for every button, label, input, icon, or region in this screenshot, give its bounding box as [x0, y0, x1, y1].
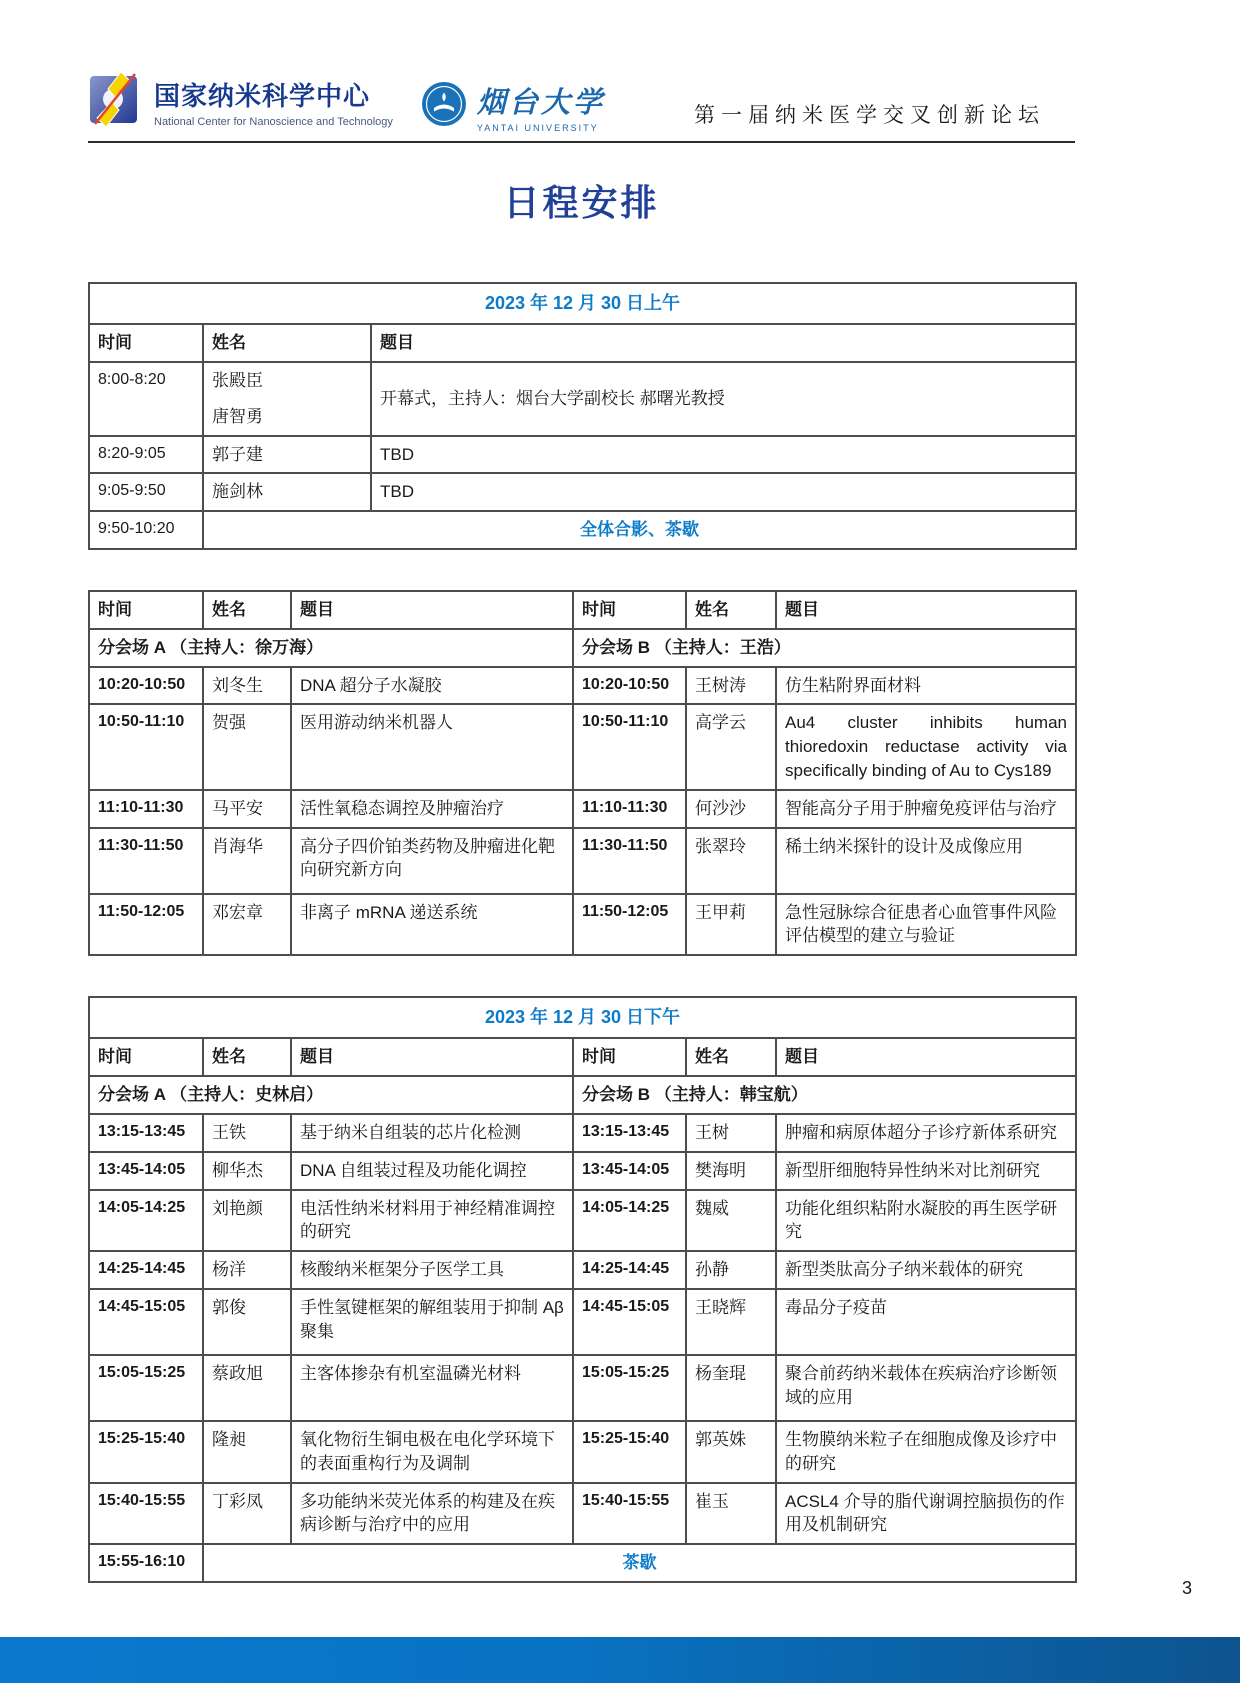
- time-a: 15:40-15:55: [89, 1483, 203, 1545]
- topic-b: 肿瘤和病原体超分子诊疗新体系研究: [776, 1114, 1076, 1152]
- topic-b: 聚合前药纳米载体在疾病治疗诊断领域的应用: [776, 1355, 1076, 1421]
- speaker-cell: 郭子建: [203, 436, 371, 474]
- col-name-a: 姓名: [203, 591, 291, 629]
- time-b: 13:45-14:05: [573, 1152, 686, 1190]
- yantai-logo-icon: [421, 81, 467, 132]
- topic-a: 高分子四价铂类药物及肿瘤进化靶向研究新方向: [291, 828, 573, 894]
- speaker-b: 魏威: [686, 1190, 776, 1252]
- session-row: 11:10-11:30 马平安 活性氧稳态调控及肿瘤治疗 11:10-11:30…: [89, 790, 1076, 828]
- speaker-b: 王树: [686, 1114, 776, 1152]
- time-a: 13:45-14:05: [89, 1152, 203, 1190]
- time-cell: 8:00-8:20: [89, 362, 203, 436]
- col-topic-b: 题目: [776, 1038, 1076, 1076]
- time-cell: 9:50-10:20: [89, 511, 203, 549]
- date-header: 2023 年 12 月 30 日上午: [89, 283, 1076, 324]
- table-row: 9:05-9:50 施剑林 TBD: [89, 473, 1076, 511]
- speaker-a: 马平安: [203, 790, 291, 828]
- page-title: 日程安排: [88, 175, 1075, 226]
- page-number: 3: [1182, 1578, 1192, 1599]
- topic-b: 功能化组织粘附水凝胶的再生医学研究: [776, 1190, 1076, 1252]
- speaker-cell: 施剑林: [203, 473, 371, 511]
- page-header: 国家纳米科学中心 National Center for Nanoscience…: [88, 0, 1075, 133]
- session-header-row: 分会场 A （主持人：徐万海） 分会场 B （主持人：王浩）: [89, 629, 1076, 667]
- time-a: 10:50-11:10: [89, 704, 203, 789]
- speaker-b: 王树涛: [686, 667, 776, 705]
- session-row: 14:05-14:25 刘艳颜 电活性纳米材料用于神经精准调控的研究 14:05…: [89, 1190, 1076, 1252]
- topic-a: 医用游动纳米机器人: [291, 704, 573, 789]
- time-a: 11:50-12:05: [89, 894, 203, 956]
- break-row: 15:55-16:10 茶歇: [89, 1544, 1076, 1582]
- topic-a: 核酸纳米框架分子医学工具: [291, 1251, 573, 1289]
- morning-sessions-table: 时间 姓名 题目 时间 姓名 题目 分会场 A （主持人：徐万海） 分会场 B …: [88, 590, 1077, 956]
- topic-cell: TBD: [371, 473, 1076, 511]
- footer-bar: [0, 1637, 1240, 1683]
- session-row: 13:15-13:45 王铁 基于纳米自组装的芯片化检测 13:15-13:45…: [89, 1114, 1076, 1152]
- topic-a: 手性氢键框架的解组装用于抑制 Aβ 聚集: [291, 1289, 573, 1355]
- ncnst-brand: 国家纳米科学中心 National Center for Nanoscience…: [88, 70, 393, 133]
- topic-b: 毒品分子疫苗: [776, 1289, 1076, 1355]
- time-a: 11:30-11:50: [89, 828, 203, 894]
- ncnst-logo-icon: [88, 70, 144, 133]
- session-header-row: 分会场 A （主持人：史林启） 分会场 B （主持人：韩宝航）: [89, 1076, 1076, 1114]
- break-row: 9:50-10:20 全体合影、茶歇: [89, 511, 1076, 549]
- speaker-b: 高学云: [686, 704, 776, 789]
- speaker-a: 杨洋: [203, 1251, 291, 1289]
- speaker-b: 樊海明: [686, 1152, 776, 1190]
- time-b: 11:50-12:05: [573, 894, 686, 956]
- time-a: 13:15-13:45: [89, 1114, 203, 1152]
- topic-a: 氧化物衍生铜电极在电化学环境下的表面重构行为及调制: [291, 1421, 573, 1483]
- topic-b: 智能高分子用于肿瘤免疫评估与治疗: [776, 790, 1076, 828]
- speaker-a: 隆昶: [203, 1421, 291, 1483]
- topic-cell: TBD: [371, 436, 1076, 474]
- speaker-cell: 张殿臣 唐智勇: [203, 362, 371, 436]
- session-row: 14:45-15:05 郭俊 手性氢键框架的解组装用于抑制 Aβ 聚集 14:4…: [89, 1289, 1076, 1355]
- speaker-b: 郭英姝: [686, 1421, 776, 1483]
- speaker-a: 贺强: [203, 704, 291, 789]
- speaker-a: 蔡政旭: [203, 1355, 291, 1421]
- speaker-name: 唐智勇: [212, 405, 362, 429]
- session-b-header: 分会场 B （主持人：王浩）: [573, 629, 1076, 667]
- speaker-a: 柳华杰: [203, 1152, 291, 1190]
- session-row: 11:30-11:50 肖海华 高分子四价铂类药物及肿瘤进化靶向研究新方向 11…: [89, 828, 1076, 894]
- header-divider: [88, 141, 1075, 143]
- col-topic: 题目: [371, 324, 1076, 362]
- speaker-b: 王甲莉: [686, 894, 776, 956]
- topic-b: 仿生粘附界面材料: [776, 667, 1076, 705]
- time-a: 11:10-11:30: [89, 790, 203, 828]
- topic-a: 非离子 mRNA 递送系统: [291, 894, 573, 956]
- speaker-b: 孙静: [686, 1251, 776, 1289]
- session-row: 15:40-15:55 丁彩凤 多功能纳米荧光体系的构建及在疾病诊断与治疗中的应…: [89, 1483, 1076, 1545]
- date-header: 2023 年 12 月 30 日下午: [89, 997, 1076, 1038]
- column-header-row: 时间 姓名 题目 时间 姓名 题目: [89, 591, 1076, 629]
- time-a: 14:25-14:45: [89, 1251, 203, 1289]
- speaker-b: 王晓辉: [686, 1289, 776, 1355]
- col-topic-a: 题目: [291, 1038, 573, 1076]
- col-time: 时间: [89, 324, 203, 362]
- session-b-header: 分会场 B （主持人：韩宝航）: [573, 1076, 1076, 1114]
- session-row: 15:05-15:25 蔡政旭 主客体掺杂有机室温磷光材料 15:05-15:2…: [89, 1355, 1076, 1421]
- session-a-header: 分会场 A （主持人：徐万海）: [89, 629, 573, 667]
- topic-b: 生物膜纳米粒子在细胞成像及诊疗中的研究: [776, 1421, 1076, 1483]
- session-row: 10:50-11:10 贺强 医用游动纳米机器人 10:50-11:10 高学云…: [89, 704, 1076, 789]
- break-label: 全体合影、茶歇: [203, 511, 1076, 549]
- time-b: 10:20-10:50: [573, 667, 686, 705]
- speaker-a: 王铁: [203, 1114, 291, 1152]
- session-a-header: 分会场 A （主持人：史林启）: [89, 1076, 573, 1114]
- time-a: 14:45-15:05: [89, 1289, 203, 1355]
- time-cell: 9:05-9:50: [89, 473, 203, 511]
- afternoon-sessions-table: 2023 年 12 月 30 日下午 时间 姓名 题目 时间 姓名 题目 分会场…: [88, 996, 1077, 1583]
- topic-b: 新型类肽高分子纳米载体的研究: [776, 1251, 1076, 1289]
- time-b: 13:15-13:45: [573, 1114, 686, 1152]
- table-title-row: 2023 年 12 月 30 日上午: [89, 283, 1076, 324]
- topic-b: 急性冠脉综合征患者心血管事件风险评估模型的建立与验证: [776, 894, 1076, 956]
- session-row: 13:45-14:05 柳华杰 DNA 自组装过程及功能化调控 13:45-14…: [89, 1152, 1076, 1190]
- topic-a: 多功能纳米荧光体系的构建及在疾病诊断与治疗中的应用: [291, 1483, 573, 1545]
- speaker-b: 杨奎琨: [686, 1355, 776, 1421]
- topic-b: 稀土纳米探针的设计及成像应用: [776, 828, 1076, 894]
- topic-a: 活性氧稳态调控及肿瘤治疗: [291, 790, 573, 828]
- time-a: 15:25-15:40: [89, 1421, 203, 1483]
- time-b: 14:45-15:05: [573, 1289, 686, 1355]
- time-b: 11:30-11:50: [573, 828, 686, 894]
- col-name-a: 姓名: [203, 1038, 291, 1076]
- column-header-row: 时间 姓名 题目 时间 姓名 题目: [89, 1038, 1076, 1076]
- yantai-brand: 烟台大学 YANTAI UNIVERSITY: [421, 80, 605, 133]
- time-b: 14:25-14:45: [573, 1251, 686, 1289]
- speaker-b: 何沙沙: [686, 790, 776, 828]
- session-row: 10:20-10:50 刘冬生 DNA 超分子水凝胶 10:20-10:50 王…: [89, 667, 1076, 705]
- speaker-a: 丁彩凤: [203, 1483, 291, 1545]
- col-topic-a: 题目: [291, 591, 573, 629]
- time-a: 14:05-14:25: [89, 1190, 203, 1252]
- col-time-a: 时间: [89, 591, 203, 629]
- time-b: 15:40-15:55: [573, 1483, 686, 1545]
- time-b: 14:05-14:25: [573, 1190, 686, 1252]
- col-name-b: 姓名: [686, 1038, 776, 1076]
- break-label: 茶歇: [203, 1544, 1076, 1582]
- topic-a: DNA 自组装过程及功能化调控: [291, 1152, 573, 1190]
- column-header-row: 时间 姓名 题目: [89, 324, 1076, 362]
- yantai-name-en: YANTAI UNIVERSITY: [477, 123, 605, 133]
- table-row: 8:20-9:05 郭子建 TBD: [89, 436, 1076, 474]
- time-b: 15:25-15:40: [573, 1421, 686, 1483]
- session-row: 11:50-12:05 邓宏章 非离子 mRNA 递送系统 11:50-12:0…: [89, 894, 1076, 956]
- time-a: 10:20-10:50: [89, 667, 203, 705]
- col-name: 姓名: [203, 324, 371, 362]
- session-row: 14:25-14:45 杨洋 核酸纳米框架分子医学工具 14:25-14:45 …: [89, 1251, 1076, 1289]
- table-row: 8:00-8:20 张殿臣 唐智勇 开幕式，主持人：烟台大学副校长 郝曙光教授: [89, 362, 1076, 436]
- topic-a: 主客体掺杂有机室温磷光材料: [291, 1355, 573, 1421]
- time-b: 15:05-15:25: [573, 1355, 686, 1421]
- ncnst-name-cn: 国家纳米科学中心: [154, 76, 393, 113]
- col-time-b: 时间: [573, 1038, 686, 1076]
- time-b: 11:10-11:30: [573, 790, 686, 828]
- time-cell: 15:55-16:10: [89, 1544, 203, 1582]
- speaker-b: 张翠玲: [686, 828, 776, 894]
- speaker-a: 刘艳颜: [203, 1190, 291, 1252]
- time-a: 15:05-15:25: [89, 1355, 203, 1421]
- speaker-a: 邓宏章: [203, 894, 291, 956]
- topic-b: ACSL4 介导的脂代谢调控脑损伤的作用及机制研究: [776, 1483, 1076, 1545]
- speaker-a: 郭俊: [203, 1289, 291, 1355]
- forum-title: 第一届纳米医学交叉创新论坛: [694, 99, 1045, 133]
- morning-plenary-table: 2023 年 12 月 30 日上午 时间 姓名 题目 8:00-8:20 张殿…: [88, 282, 1077, 550]
- session-row: 15:25-15:40 隆昶 氧化物衍生铜电极在电化学环境下的表面重构行为及调制…: [89, 1421, 1076, 1483]
- col-time-a: 时间: [89, 1038, 203, 1076]
- speaker-a: 刘冬生: [203, 667, 291, 705]
- topic-cell: 开幕式，主持人：烟台大学副校长 郝曙光教授: [371, 362, 1076, 436]
- ncnst-name-en: National Center for Nanoscience and Tech…: [154, 116, 393, 128]
- topic-b: Au4 cluster inhibits human thioredoxin r…: [776, 704, 1076, 789]
- yantai-name-cn: 烟台大学: [477, 80, 605, 121]
- time-cell: 8:20-9:05: [89, 436, 203, 474]
- time-b: 10:50-11:10: [573, 704, 686, 789]
- topic-a: 基于纳米自组装的芯片化检测: [291, 1114, 573, 1152]
- col-time-b: 时间: [573, 591, 686, 629]
- speaker-name: 张殿臣: [212, 369, 362, 393]
- speaker-b: 崔玉: [686, 1483, 776, 1545]
- topic-b: 新型肝细胞特异性纳米对比剂研究: [776, 1152, 1076, 1190]
- topic-a: DNA 超分子水凝胶: [291, 667, 573, 705]
- speaker-a: 肖海华: [203, 828, 291, 894]
- col-topic-b: 题目: [776, 591, 1076, 629]
- document-page: 国家纳米科学中心 National Center for Nanoscience…: [0, 0, 1240, 1683]
- topic-a: 电活性纳米材料用于神经精准调控的研究: [291, 1190, 573, 1252]
- col-name-b: 姓名: [686, 591, 776, 629]
- table-title-row: 2023 年 12 月 30 日下午: [89, 997, 1076, 1038]
